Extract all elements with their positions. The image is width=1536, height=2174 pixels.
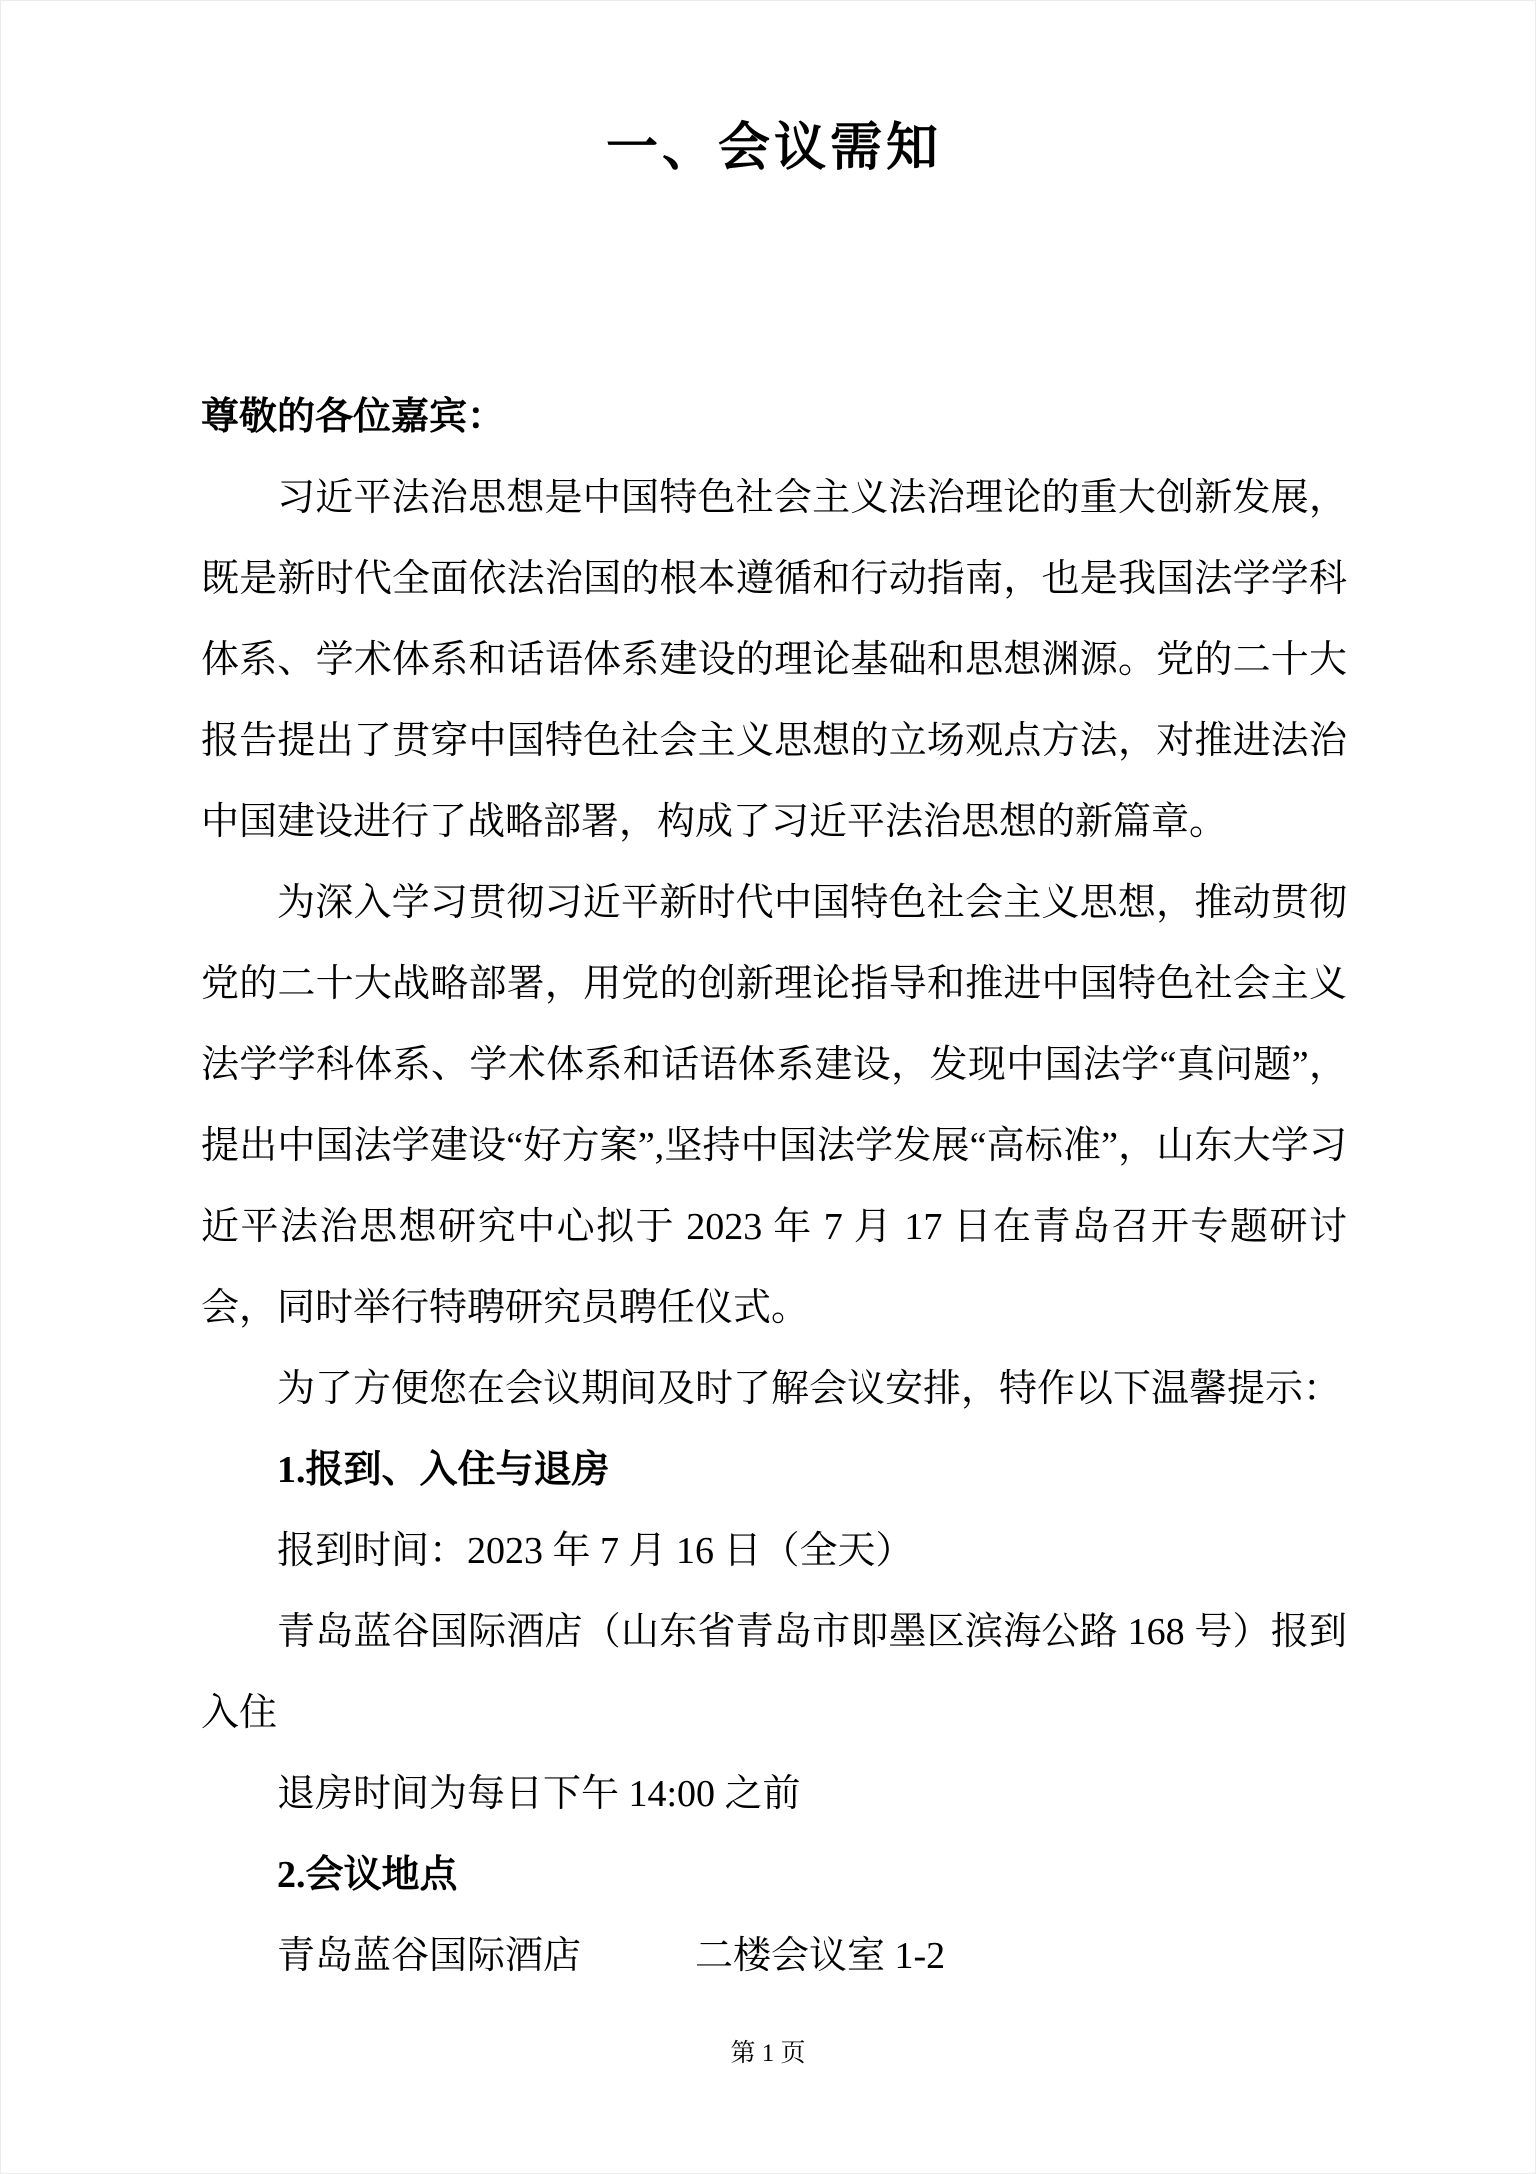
checkout-time-line: 退房时间为每日下午 14:00 之前 (201, 1754, 1347, 1835)
hotel-address-line: 青岛蓝谷国际酒店（山东省青岛市即墨区滨海公路 168 号）报到入住 (201, 1592, 1347, 1754)
checkin-time-line: 报到时间：2023 年 7 月 16 日（全天） (201, 1511, 1347, 1592)
section-heading-venue: 2.会议地点 (201, 1835, 1347, 1916)
page-footer: 第 1 页 (1, 2037, 1535, 2071)
greeting-line: 尊敬的各位嘉宾： (201, 377, 1347, 458)
venue-line: 青岛蓝谷国际酒店 二楼会议室 1-2 (201, 1916, 1347, 1997)
paragraph-purpose: 为深入学习贯彻习近平新时代中国特色社会主义思想，推动贯彻党的二十大战略部署，用党… (201, 863, 1347, 1349)
document-title: 一、会议需知 (201, 119, 1347, 179)
page-number: 第 1 页 (730, 2040, 805, 2067)
document-page: 一、会议需知 尊敬的各位嘉宾： 习近平法治思想是中国特色社会主义法治理论的重大创… (0, 0, 1536, 2174)
document-content: 一、会议需知 尊敬的各位嘉宾： 习近平法治思想是中国特色社会主义法治理论的重大创… (201, 119, 1347, 1997)
section-heading-checkin: 1.报到、入住与退房 (201, 1430, 1347, 1511)
paragraph-tips-lead: 为了方便您在会议期间及时了解会议安排，特作以下温馨提示： (201, 1349, 1347, 1430)
document-body: 尊敬的各位嘉宾： 习近平法治思想是中国特色社会主义法治理论的重大创新发展，既是新… (201, 377, 1347, 1997)
paragraph-intro: 习近平法治思想是中国特色社会主义法治理论的重大创新发展，既是新时代全面依法治国的… (201, 458, 1347, 863)
